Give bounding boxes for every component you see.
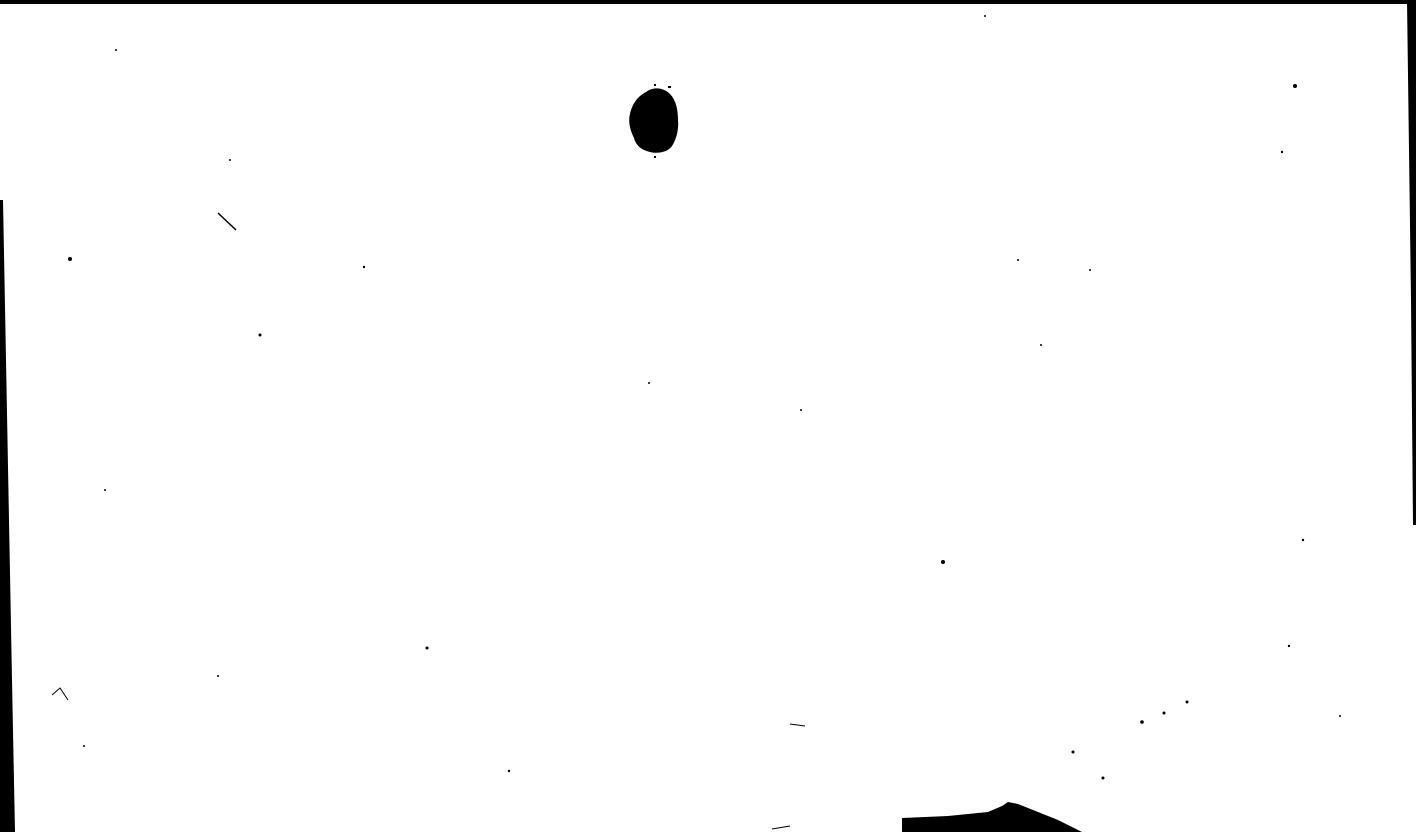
scan-noise-specks — [0, 0, 1416, 832]
scanned-page — [0, 0, 1416, 832]
